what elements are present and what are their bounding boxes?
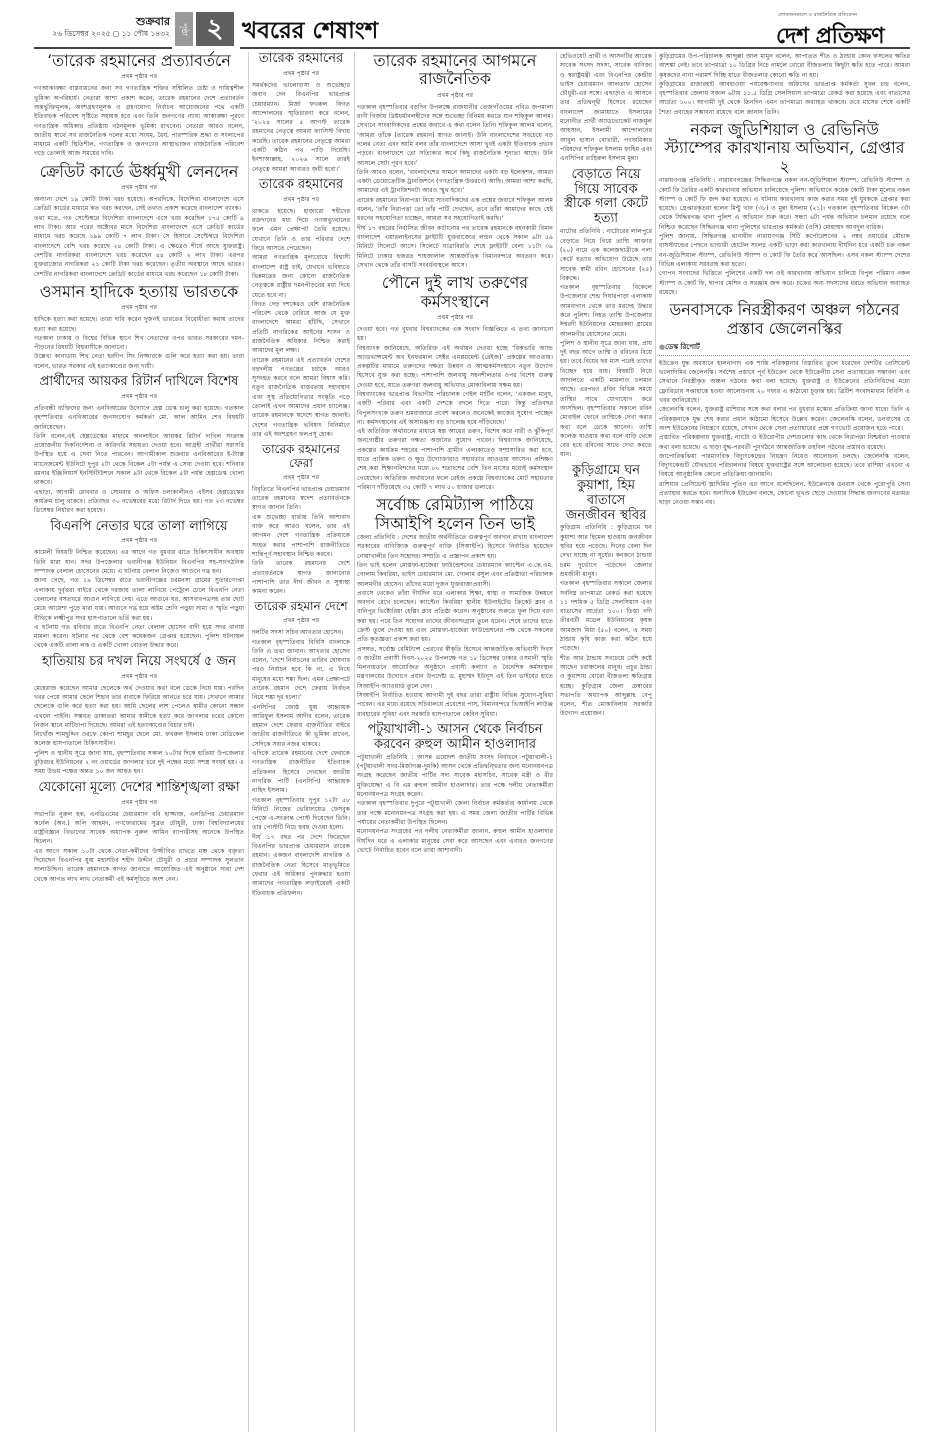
article-byline: ডেস্ক রিপোর্ট	[659, 341, 910, 353]
article-body: নারায়ণগঞ্জ প্রতিনিধি : নারায়ণগঞ্জের সি…	[659, 176, 910, 297]
paragraph: তথ্য মতে, গত সেপ্টেম্বরে বিদেশিরা বাংলাদ…	[34, 214, 244, 279]
paragraph: তারেক রহমানের নিরাপত্তা নিয়ে সাংবাদিকদে…	[357, 196, 553, 224]
paragraph: অন্যান্য দেশে ১৯ কোটি টাকা খরচ হয়েছে। অ…	[34, 195, 244, 214]
paragraph: এক শুভেচ্ছা বার্তায় তিনি আশাবাদ ব্যক্ত …	[252, 513, 350, 559]
article-return: ‘তারেক রহমানের প্রত্যাবর্তনে প্রথম পৃষ্ঠ…	[34, 52, 244, 159]
article-headline: তারেক রহমানের ফেরা	[252, 443, 350, 471]
article-tarek-1: তারেক রহমানের প্রথম পৃষ্ঠার পর সমর্থকদের…	[252, 52, 350, 174]
column-divider	[248, 52, 249, 1432]
article-body: হেভিওয়েট প্রার্থী ও আসনটির আরেক সাবেক স…	[560, 52, 652, 164]
article-credit-card: ক্রেডিট কার্ডে ঊর্ধ্বমুখী লেনদেন প্রথম প…	[34, 163, 244, 279]
article-headline: ডনবাসকে নিরস্ত্রীকরণ অঞ্চল গঠনের প্রস্তা…	[659, 301, 910, 338]
paragraph: গতকাল বৃহস্পতিবার বিবিসি বাংলাকে তিনি এ …	[252, 638, 350, 703]
paragraph: বিগত দেড় দশকেরও বেশি রাজনৈতিক পরিবেশ থে…	[252, 300, 350, 356]
article-body: সমর্থকদের ভালোবাসা ও শুভেচ্ছার জবাব দেন …	[252, 81, 350, 174]
article-body: নাটোর প্রতিনিধি : নাটোরের লালপুরে বেড়াত…	[560, 227, 652, 459]
header-rule	[34, 47, 172, 49]
paragraph: উল্লেখ্য কানাডায় শিখ নেতা হরদীপ সিং নিজ…	[34, 352, 244, 371]
article-body: কামেলী বিষয়টি নিশ্চিত করেছেন। এর আগে গত…	[34, 548, 244, 650]
paragraph: জাপোরিঝঝিয়া পারমাণবিক বিদ্যুৎকেন্দ্রের …	[659, 452, 910, 480]
continued-label: প্রথম পৃষ্ঠার পর	[34, 391, 244, 402]
paragraph: এনসিপির জ্যেষ্ঠ যুগ্ম আহ্বায়ক আরিফুল ইস…	[252, 703, 350, 749]
paragraph: মনোনয়নপত্র সংগ্রহের পর দলীয় নেতাকর্মীর…	[357, 827, 553, 855]
article-headline: তারেক রহমানের	[252, 52, 350, 67]
paragraph: এর আগে সকাল ১০টা থেকে নেতা-কর্মীদের উজ্জ…	[34, 847, 244, 884]
paragraph: সমর্থকদের ভালোবাসা ও শুভেচ্ছার জবাব দেন …	[252, 81, 350, 174]
paragraph: পুলিশ ও স্থানীয় সূত্রে জানা যায়, বৃহস্…	[34, 749, 244, 777]
article-headline: কুড়িগ্রামে ঘন কুয়াশা, হিম বাতাসে জনজীব…	[560, 464, 652, 524]
article-headline: সর্বোচ্চ রেমিট্যান্স পাঠিয়ে সিআইপি হলেন…	[357, 496, 553, 533]
article-headline: ‘তারেক রহমানের প্রত্যাবর্তনে	[34, 52, 244, 70]
paragraph: সিআইপি নির্বাচিত হওয়ায় আগামী দুই বছর ত…	[357, 691, 553, 719]
article-peace: যেকোনো মূল্যে দেশের শান্তিশৃঙ্খলা রক্ষা …	[34, 781, 244, 884]
section-title: খবরের শেষাংশ	[242, 12, 378, 51]
paragraph: তিন ভাই হলেন মোস্তফা-হাজেরা ফাউন্ডেশনের …	[357, 561, 553, 589]
article-headline: প্রার্থীদের আয়কর রিটার্ন দাখিলে বিশেষ	[34, 375, 244, 390]
article-tax-return: প্রার্থীদের আয়কর রিটার্ন দাখিলে বিশেষ প…	[34, 375, 244, 516]
article-body: জেলা প্রতিনিধি : দেশের জাতীয় অর্থনীতিতে…	[357, 533, 553, 719]
continued-label: প্রথম পৃষ্ঠার পর	[252, 68, 350, 79]
paragraph: প্রবাসে থেকেও তাঁরা দীর্ঘদিন ধরে এলাকার …	[357, 589, 553, 645]
paragraph: এ ঘটনায় গত রবিবার রাতে বিএনপি নেতা বেলা…	[34, 623, 244, 651]
paragraph: জেলেনস্কি বলেন, যুক্তরাষ্ট্র রাশিয়ার সঙ…	[659, 405, 910, 433]
paragraph: এদিকে তারেক রহমানের দেশে ফেরাকে গণতান্ত্…	[252, 749, 350, 795]
article-remittance: সর্বোচ্চ রেমিট্যান্স পাঠিয়ে সিআইপি হলেন…	[357, 496, 553, 719]
continued-label: প্রথম পৃষ্ঠার পর	[34, 535, 244, 546]
article-headline: বেড়াতে নিয়ে গিয়ে সাবেক স্ত্রীকে গলা ক…	[560, 168, 652, 228]
byline-divider	[659, 355, 910, 356]
paragraph: বিশ্বব্যাংকের ভারপ্রাপ্ত বিভাগীয় পরিচাল…	[357, 390, 553, 427]
publication-date: ২৬ ডিসেম্বর ২০২৫ ◻ ১১ পৌষ ১৪৩২	[40, 29, 170, 41]
continued-label: প্রথম পৃষ্ঠার পর	[34, 182, 244, 193]
paragraph: পুলিশ ও স্থানীয় সূত্রে জানা যায়, প্রায…	[560, 339, 652, 460]
article-body: কুড়িগ্রাম প্রতিনিধি : কুড়িগ্রামে ঘন কু…	[560, 523, 652, 718]
paragraph: পটুয়াখালী প্রতিনিধি : আসন্ন ত্রয়োদশ জা…	[357, 753, 553, 799]
article-body: বিবৃতিতে বিএনপির ভারপ্রাপ্ত চেয়ারম্যান …	[252, 485, 350, 597]
paragraph: রাশিয়ার প্রেসিডেন্ট ভ্লাদিমির পুতিন এর …	[659, 480, 910, 508]
paragraph: কামেলী বিষয়টি নিশ্চিত করেছেন। এর আগে গত…	[34, 548, 244, 576]
paragraph: গতকাল ঢাকায় ও বিশ্বের বিভিন্ন স্থানে শি…	[34, 334, 244, 353]
paragraph: দেওয়া হবে। গত বুধবার বিশ্বব্যাংকের এক স…	[357, 325, 553, 344]
paragraph: গণআকাঙ্ক্ষা বাস্তবায়নের জন্য সব গণতান্ত…	[34, 84, 244, 158]
article-election-seat: হেভিওয়েট প্রার্থী ও আসনটির আরেক সাবেক স…	[560, 52, 652, 164]
paragraph: গতকাল বৃহস্পতিবার বড়দিন উপলক্ষে রাজধানী…	[357, 103, 553, 168]
column-c: তারেক রহমানের আগমনে রাজনৈতিক প্রথম পৃষ্ঠ…	[357, 52, 553, 859]
paragraph: নিখোঁজ শামছুদ্দিন ওরফে কোপা শামছুর ছেলে …	[34, 730, 244, 749]
article-body: কুড়িগ্রামের উপ-পরিচালক আব্দুল্লা আল মাম…	[659, 52, 910, 117]
article-patuakhali: পটুয়াখালী-১ আসন থেকে নির্বাচন করবেন রুহ…	[357, 723, 553, 855]
page-number: ২	[196, 12, 234, 46]
paragraph: বিবৃতিতে বিএনপির ভারপ্রাপ্ত চেয়ারম্যান …	[252, 485, 350, 513]
paragraph: কুড়িগ্রামের উপ-পরিচালক আব্দুল্লা আল মাম…	[659, 52, 910, 80]
paragraph: গতকাল বৃহস্পতিবার দুপুর ১২টা ৫৮ মিনিটে ন…	[252, 796, 350, 833]
article-kurigram-continued: কুড়িগ্রামের উপ-পরিচালক আব্দুল্লা আল মাম…	[659, 52, 910, 117]
article-zelensky: ডনবাসকে নিরস্ত্রীকরণ অঞ্চল গঠনের প্রস্তা…	[659, 301, 910, 508]
article-body: দলটির সদস্য সচিব আখতার হোসেন। গতকাল বৃহস…	[252, 628, 350, 898]
header-rule	[240, 47, 910, 49]
article-body: সভাপতি নুরুল হক, এনডিএমের চেয়ারম্যান বব…	[34, 810, 244, 884]
article-headline: পটুয়াখালী-১ আসন থেকে নির্বাচন করবেন রুহ…	[357, 723, 553, 753]
paragraph: বিশ্বব্যাংক জানিয়েছে, অতিরিক্ত এই অর্থা…	[357, 344, 553, 390]
paragraph: তিনি বলেন,এই হেল্পডেস্কের মাধ্যমে অনলাইন…	[34, 432, 244, 488]
paragraph: গতকাল বৃহস্পতিবার বিকেলে উপজেলার শেন্ড দ…	[560, 283, 652, 339]
paragraph: আমরা গণতান্ত্রিক মূল্যবোধে বিশ্বাসী বাংল…	[252, 253, 350, 299]
paragraph: তারেক রহমানের এই প্রত্যাবর্তন দেশের বহুদ…	[252, 356, 350, 440]
article-body: থাকতে হয়েছে। হাজারো শহীদের রক্তদানের মধ…	[252, 207, 350, 439]
continued-label: প্রথম পৃষ্ঠার পর	[34, 302, 244, 313]
column-a: ‘তারেক রহমানের প্রত্যাবর্তনে প্রথম পৃষ্ঠ…	[34, 52, 244, 888]
paragraph: দলটির সদস্য সচিব আখতার হোসেন।	[252, 628, 350, 637]
article-headline: তারেক রহমানের আগমনে রাজনৈতিক	[357, 52, 553, 89]
column-divider	[556, 52, 557, 1432]
article-headline: হাতিয়ায় চর দখল নিয়ে সংঘর্ষে ৫ জন	[34, 655, 244, 670]
article-headline: ক্রেডিট কার্ডে ঊর্ধ্বমুখী লেনদেন	[34, 163, 244, 181]
paragraph: প্রতিবন্ধী ব্যক্তিদের জন্য এনবিআরের উদ্য…	[34, 404, 244, 432]
article-stamp: নকল জুডিশিয়াল ও রেভিনিউ স্ট্যাম্পের কার…	[659, 121, 910, 297]
article-body: পটুয়াখালী প্রতিনিধি : আসন্ন ত্রয়োদশ জা…	[357, 753, 553, 855]
article-natore: বেড়াতে নিয়ে গিয়ে সাবেক স্ত্রীকে গলা ক…	[560, 168, 652, 460]
column-divider	[354, 52, 355, 1432]
paragraph: গতকাল বৃহস্পতিবার সকালে জেলার সর্বনিম্ন …	[560, 579, 652, 653]
paragraph: গতকাল বৃহস্পতিবার দুপুরে পটুয়াখালী জেলা…	[357, 799, 553, 827]
paragraph: দীর্ঘ ১৭ বছর পর দেশে ফিরেছেন বিএনপির ভার…	[252, 833, 350, 898]
paragraph: থাকতে হয়েছে। হাজারো শহীদের রক্তদানের মধ…	[252, 207, 350, 253]
article-tarek-2: তারেক রহমানের প্রথম পৃষ্ঠার পর থাকতে হয়…	[252, 178, 350, 439]
continued-label: প্রথম পৃষ্ঠার পর	[357, 312, 553, 323]
paragraph: প্রসঙ্গত, সর্বোচ্চ রেমিট্যান্স প্রেরণের …	[357, 645, 553, 691]
article-headline: তারেক রহমান দেশে	[252, 600, 350, 614]
page-label: পৃষ্ঠা	[175, 12, 193, 46]
column-b: তারেক রহমানের প্রথম পৃষ্ঠার পর সমর্থকদের…	[252, 52, 350, 902]
column-e: কুড়িগ্রামের উপ-পরিচালক আব্দুল্লা আল মাম…	[659, 52, 910, 512]
article-headline: তারেক রহমানের	[252, 178, 350, 193]
continued-label: প্রথম পৃষ্ঠার পর	[252, 615, 350, 626]
paragraph: তিনি তারেক রহমানের দেশে প্রত্যাবর্তনকে স…	[252, 559, 350, 596]
article-hatiya: হাতিয়ায় চর দখল নিয়ে সংঘর্ষে ৫ জন প্রথ…	[34, 655, 244, 777]
column-d: হেভিওয়েট প্রার্থী ও আসনটির আরেক সাবেক স…	[560, 52, 652, 723]
continued-label: প্রথম পৃষ্ঠার পর	[34, 71, 244, 82]
article-osman: ওসমান হাদিকে হত্যায় ভারতকে প্রথম পৃষ্ঠা…	[34, 283, 244, 371]
page-content: ‘তারেক রহমানের প্রত্যাবর্তনে প্রথম পৃষ্ঠ…	[34, 52, 910, 1432]
paragraph: হাদিকে হত্যা করা হয়েছে। তারা দাবি করেন …	[34, 315, 244, 334]
article-body: মেহেরাজ করেছেন আমার ছেলেকে অর্থ দেওয়ার …	[34, 684, 244, 777]
paragraph: ইউক্রেন যুদ্ধ অবসানে হালনাগাদ এক শান্তি …	[659, 359, 910, 405]
article-body: হাদিকে হত্যা করা হয়েছে। তারা দাবি করেন …	[34, 315, 244, 371]
article-headline: নকল জুডিশিয়াল ও রেভিনিউ স্ট্যাম্পের কার…	[659, 121, 910, 176]
paragraph: পুলিশ জানায়, সিদ্ধিরগঞ্জ থানাধীন নারায়…	[659, 232, 910, 269]
article-tarek-country: তারেক রহমান দেশে প্রথম পৃষ্ঠার পর দলটির …	[252, 600, 350, 897]
paragraph: নাটোর প্রতিনিধি : নাটোরের লালপুরে বেড়াত…	[560, 227, 652, 283]
paragraph: হেভিওয়েট প্রার্থী ও আসনটির আরেক সাবেক স…	[560, 52, 652, 164]
paragraph: গোপন সংবাদের ভিত্তিতে পুলিশের একটি দল ওই…	[659, 269, 910, 297]
article-body: গণআকাঙ্ক্ষা বাস্তবায়নের জন্য সব গণতান্ত…	[34, 84, 244, 158]
paragraph: দীর্ঘ ১৭ বছরের নির্বাসিত জীবন কাটানোর পর…	[357, 224, 553, 270]
paragraph: তিনি আরও বলেন, ‘বাংলাদেশের সামনে আমাদের …	[357, 168, 553, 196]
paragraph: মেহেরাজ করেছেন আমার ছেলেকে অর্থ দেওয়ার …	[34, 684, 244, 730]
paragraph: এছাড়া, আগামী রোববার ও সোমবার ও অফিস চলা…	[34, 488, 244, 516]
paragraph: কুড়িগ্রাম প্রতিনিধি : কুড়িগ্রামে ঘন কু…	[560, 523, 652, 579]
paragraph: সভাপতি নুরুল হক, এনডিএমের চেয়ারম্যান বব…	[34, 810, 244, 847]
page-masthead: শুক্রবার ২৬ ডিসেম্বর ২০২৫ ◻ ১১ পৌষ ১৪৩২ …	[0, 0, 945, 48]
paragraph: প্রস্তাবিত পরিকল্পনায় যুক্তরাষ্ট্র, ন্য…	[659, 433, 910, 452]
article-body: ইউক্রেন যুদ্ধ অবসানে হালনাগাদ এক শান্তি …	[659, 359, 910, 508]
newspaper-logo: দেশ প্রতিক্ষণ	[776, 19, 884, 56]
continued-label: প্রথম পৃষ্ঠার পর	[252, 194, 350, 205]
article-tarek-return: তারেক রহমানের ফেরা প্রথম পৃষ্ঠার পর বিবৃ…	[252, 443, 350, 596]
article-body: প্রতিবন্ধী ব্যক্তিদের জন্য এনবিআরের উদ্য…	[34, 404, 244, 516]
paragraph: জানা গেছে, গত ১৯ ডিসেম্বর রাতে ভবানীগঞ্জ…	[34, 576, 244, 622]
paragraph: শীত আর ঠান্ডায় সবচেয়ে বেশি কষ্টে আছেন …	[560, 654, 652, 719]
continued-label: প্রথম পৃষ্ঠার পর	[34, 671, 244, 682]
article-body: অন্যান্য দেশে ১৯ কোটি টাকা খরচ হয়েছে। অ…	[34, 195, 244, 279]
paragraph: নারায়ণগঞ্জ প্রতিনিধি : নারায়ণগঞ্জের সি…	[659, 176, 910, 232]
paragraph: জেলা প্রতিনিধি : দেশের জাতীয় অর্থনীতিতে…	[357, 533, 553, 561]
article-headline: যেকোনো মূল্যে দেশের শান্তিশৃঙ্খলা রক্ষা	[34, 781, 244, 796]
article-bnp-lock: বিএনপি নেতার ঘরে তালা লাগিয়ে প্রথম পৃষ্…	[34, 520, 244, 651]
article-headline: পৌনে দুই লাখ তরুণের কর্মসংস্থানে	[357, 274, 553, 311]
article-youth-jobs: পৌনে দুই লাখ তরুণের কর্মসংস্থানে প্রথম প…	[357, 274, 553, 492]
article-political-arrival: তারেক রহমানের আগমনে রাজনৈতিক প্রথম পৃষ্ঠ…	[357, 52, 553, 270]
paragraph: কুড়িগ্রামের রাজারহাট আবহাওয়া পর্যবেক্ষ…	[659, 80, 910, 117]
column-divider	[655, 52, 656, 1432]
article-headline: বিএনপি নেতার ঘরে তালা লাগিয়ে	[34, 520, 244, 535]
paragraph: এই অতিরিক্ত অর্থায়নের মাধ্যমে স্বল্প আয…	[357, 427, 553, 492]
continued-label: প্রথম পৃষ্ঠার পর	[34, 797, 244, 808]
article-headline: ওসমান হাদিকে হত্যায় ভারতকে	[34, 283, 244, 301]
article-body: গতকাল বৃহস্পতিবার বড়দিন উপলক্ষে রাজধানী…	[357, 103, 553, 270]
continued-label: প্রথম পৃষ্ঠার পর	[252, 472, 350, 483]
continued-label: প্রথম পৃষ্ঠার পর	[357, 90, 553, 101]
article-body: দেওয়া হবে। গত বুধবার বিশ্বব্যাংকের এক স…	[357, 325, 553, 492]
article-kurigram: কুড়িগ্রামে ঘন কুয়াশা, হিম বাতাসে জনজীব…	[560, 464, 652, 719]
